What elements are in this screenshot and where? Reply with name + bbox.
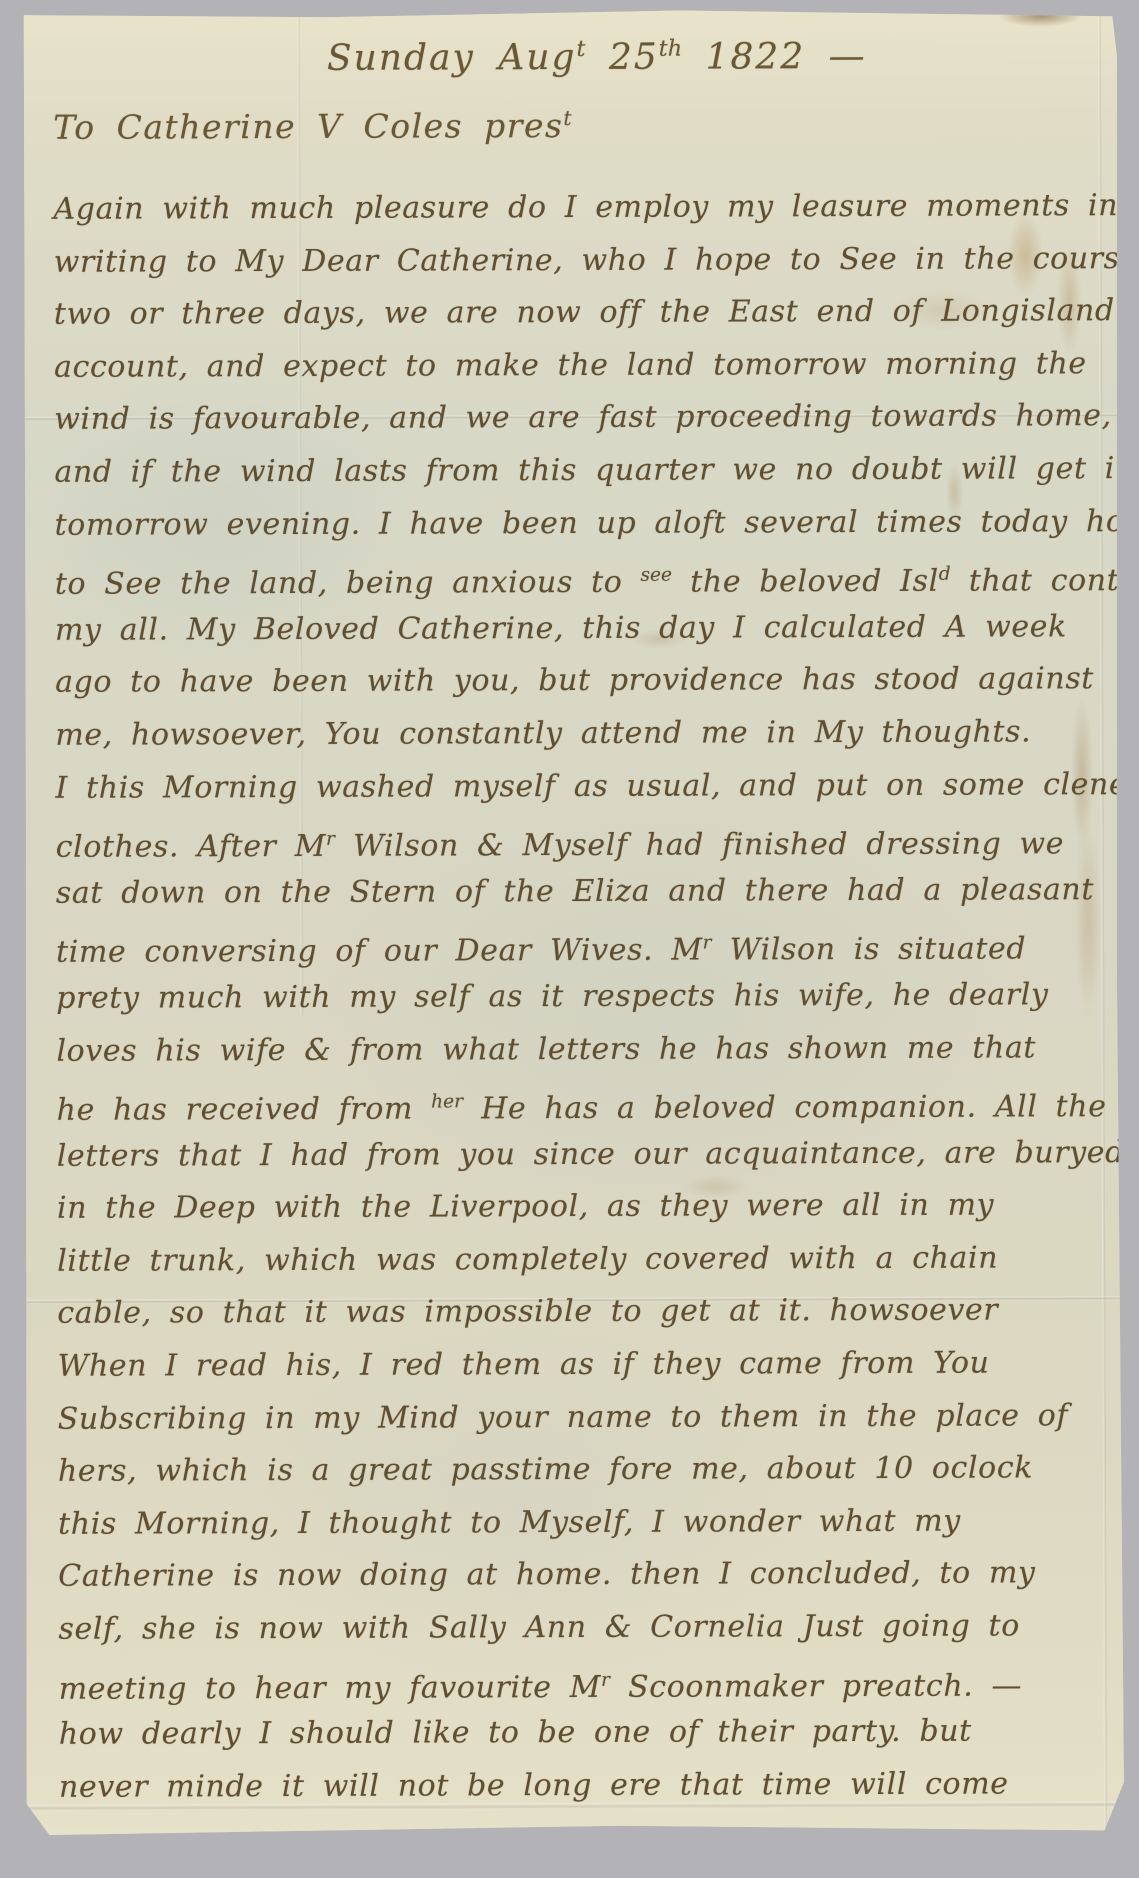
- letter-body: Again with much pleasure do I employ my …: [53, 180, 1102, 1814]
- letter-line: Catherine is now doing at home. then I c…: [58, 1548, 1101, 1604]
- letter-line: I this Morning washed myself as usual, a…: [55, 759, 1098, 815]
- letter-line: clothes. After Mr Wilson & Myself had fi…: [56, 811, 1099, 867]
- letter-line: When I read his, I red them as if they c…: [57, 1337, 1100, 1393]
- letter-line: loves his wife & from what letters he ha…: [56, 1022, 1099, 1078]
- letter-line: time conversing of our Dear Wives. Mr Wi…: [56, 916, 1099, 972]
- letter-line: this Morning, I thought to Myself, I won…: [58, 1495, 1101, 1551]
- letter-line: tomorrow evening. I have been up aloft s…: [55, 496, 1098, 552]
- letter-line: hers, which is a great passtime fore me,…: [58, 1442, 1101, 1498]
- letter-line: me, howsoever, You constantly attend me …: [55, 706, 1098, 762]
- letter-line: sat down on the Stern of the Eliza and t…: [56, 864, 1099, 920]
- letter-line: Subscribing in my Mind your name to them…: [58, 1390, 1101, 1446]
- letter-line: never minde it will not be long ere that…: [59, 1758, 1102, 1814]
- letter-line: to See the land, being anxious to see th…: [55, 548, 1098, 604]
- letter-line: self, she is now with Sally Ann & Cornel…: [58, 1600, 1101, 1656]
- letter-line: in the Deep with the Liverpool, as they …: [57, 1179, 1100, 1235]
- letter-line: Again with much pleasure do I employ my …: [53, 180, 1096, 236]
- letter-line: account, and expect to make the land tom…: [54, 338, 1097, 394]
- letter-line: ago to have been with you, but providenc…: [55, 654, 1098, 710]
- letter-scan-background: Sunday Augt 25th 1822 — To Catherine V C…: [0, 0, 1139, 1878]
- letter-line: two or three days, we are now off the Ea…: [54, 285, 1097, 341]
- letter-line: writing to My Dear Catherine, who I hope…: [54, 233, 1097, 289]
- letter-line: wind is favourable, and we are fast proc…: [54, 391, 1097, 447]
- letter-line: letters that I had from you since our ac…: [57, 1127, 1100, 1183]
- letter-salutation: To Catherine V Coles prest: [53, 106, 572, 147]
- letter-line: and if the wind lasts from this quarter …: [54, 443, 1097, 499]
- letter-line: prety much with my self as it respects h…: [56, 969, 1099, 1025]
- letter-line: he has received from her He has a belove…: [57, 1074, 1100, 1130]
- letter-line: how dearly I should like to be one of th…: [59, 1705, 1102, 1761]
- letter-dateline: Sunday Augt 25th 1822 —: [327, 35, 867, 79]
- letter-line: my all. My Beloved Catherine, this day I…: [55, 601, 1098, 657]
- letter-line: little trunk, which was completely cover…: [57, 1232, 1100, 1288]
- letter-paper: Sunday Augt 25th 1822 — To Catherine V C…: [19, 8, 1124, 1837]
- letter-line: cable, so that it was impossible to get …: [57, 1285, 1100, 1341]
- letter-line: meeting to hear my favourite Mr Scoonmak…: [59, 1653, 1102, 1709]
